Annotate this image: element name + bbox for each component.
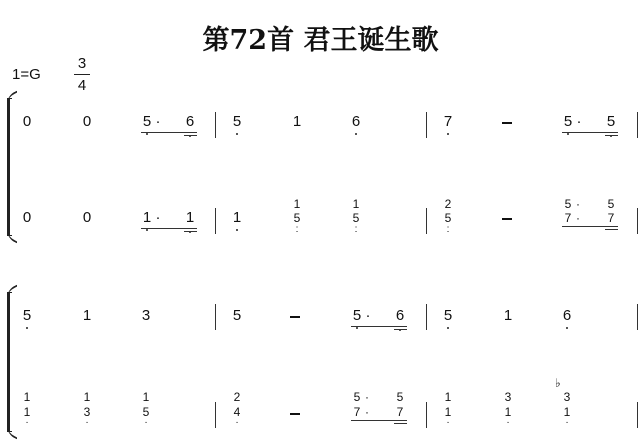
chord-bottom: 7 xyxy=(604,212,618,225)
chord-top: 1 xyxy=(441,391,455,404)
note: 1 xyxy=(230,210,244,226)
note: 5 xyxy=(20,308,34,324)
barline xyxy=(426,402,427,428)
beam xyxy=(351,326,407,327)
chord-top: 5 xyxy=(604,198,618,211)
beam xyxy=(394,423,407,424)
beam xyxy=(351,420,407,421)
low-octave-dots: : xyxy=(290,223,304,236)
barline xyxy=(215,112,216,138)
note: 5 xyxy=(230,114,244,130)
fraction-line xyxy=(74,74,90,75)
beam xyxy=(394,329,407,330)
beam xyxy=(605,135,618,136)
time-signature: 3 4 xyxy=(74,55,90,94)
chord-top: 3 xyxy=(560,391,574,404)
augmentation-dot: · xyxy=(571,212,585,225)
key-signature: 1=G xyxy=(12,66,41,83)
barline xyxy=(426,208,427,234)
low-octave-dots: : xyxy=(349,223,363,236)
beam xyxy=(184,135,197,136)
note: 5 xyxy=(230,308,244,324)
barline xyxy=(426,112,427,138)
system-2-bracket xyxy=(7,292,12,432)
note: 0 xyxy=(80,210,94,226)
barline xyxy=(215,304,216,330)
note: 1 xyxy=(80,308,94,324)
note: 6 xyxy=(560,308,574,324)
low-octave-dot: · xyxy=(230,416,244,429)
chord-bottom: 7 xyxy=(393,406,407,419)
barline xyxy=(215,402,216,428)
system-1-bracket xyxy=(7,98,12,236)
sustain-dash xyxy=(502,218,512,220)
beam xyxy=(184,231,197,232)
chord-top: 1 xyxy=(349,198,363,211)
beam xyxy=(562,226,618,227)
note: 1 xyxy=(183,210,197,226)
note: 6 xyxy=(183,114,197,130)
chord-top: 1 xyxy=(139,391,153,404)
time-signature-top: 3 xyxy=(74,55,90,72)
barline xyxy=(637,112,638,138)
low-octave-dot: · xyxy=(139,416,153,429)
note: 6 xyxy=(349,114,363,130)
note: 6 xyxy=(393,308,407,324)
chord-top: 2 xyxy=(230,391,244,404)
note: 0 xyxy=(20,114,34,130)
note: 0 xyxy=(20,210,34,226)
augmentation-dot: · xyxy=(361,308,375,324)
low-octave-dot: · xyxy=(441,416,455,429)
barline xyxy=(215,208,216,234)
note: 5 xyxy=(604,114,618,130)
score-title: 第72首 君王诞生歌 xyxy=(0,18,641,57)
note: 5 xyxy=(441,308,455,324)
augmentation-dot: · xyxy=(571,198,585,211)
beam xyxy=(141,228,197,229)
note: 7 xyxy=(441,114,455,130)
sustain-dash xyxy=(290,413,300,415)
chord-top: 2 xyxy=(441,198,455,211)
augmentation-dot: · xyxy=(360,391,374,404)
low-octave-dot: · xyxy=(560,416,574,429)
augmentation-dot: · xyxy=(151,210,165,226)
note: 1 xyxy=(290,114,304,130)
barline xyxy=(426,304,427,330)
beam xyxy=(562,132,618,133)
chord-top: 5 xyxy=(393,391,407,404)
barline xyxy=(637,402,638,428)
chord-top: 3 xyxy=(501,391,515,404)
note: 3 xyxy=(139,308,153,324)
low-octave-dots: : xyxy=(441,223,455,236)
barline xyxy=(637,208,638,234)
augmentation-dot: · xyxy=(360,406,374,419)
beam xyxy=(141,132,197,133)
low-octave-dot: · xyxy=(501,416,515,429)
time-signature-bottom: 4 xyxy=(74,77,90,94)
chord-top: 1 xyxy=(80,391,94,404)
beam xyxy=(605,229,618,230)
sustain-dash xyxy=(290,316,300,318)
augmentation-dot: · xyxy=(151,114,165,130)
sustain-dash xyxy=(502,122,512,124)
augmentation-dot: · xyxy=(572,114,586,130)
low-octave-dot: · xyxy=(20,416,34,429)
barline xyxy=(637,304,638,330)
chord-top: 1 xyxy=(20,391,34,404)
note: 0 xyxy=(80,114,94,130)
flat-accidental: ♭ xyxy=(555,376,561,390)
chord-top: 1 xyxy=(290,198,304,211)
note: 1 xyxy=(501,308,515,324)
low-octave-dot: · xyxy=(80,416,94,429)
